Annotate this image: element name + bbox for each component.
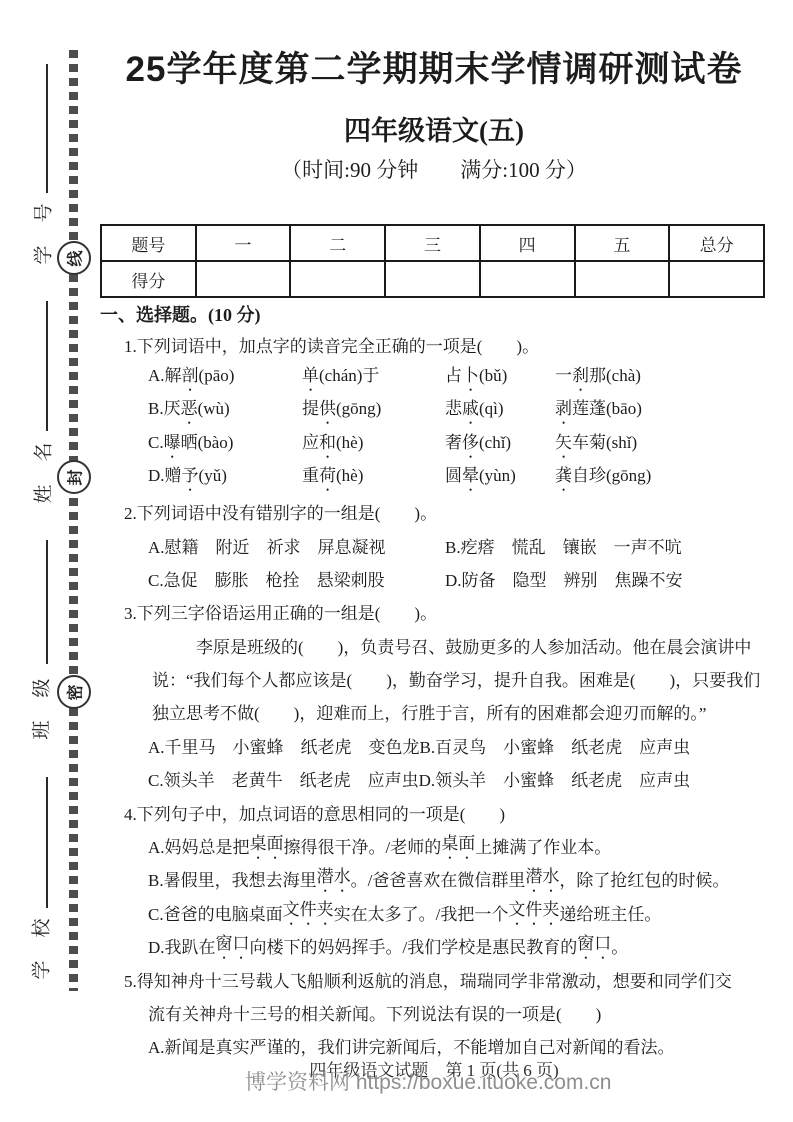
q2-option-b: B.疙瘩 慌乱 镶嵌 一声不吭 xyxy=(445,533,682,558)
q1-a-item: A.解剖(pāo) xyxy=(148,361,302,395)
q1-d-item: 圆晕(yùn) xyxy=(445,461,555,495)
score-header-cell: 一 xyxy=(196,225,291,261)
q4-option-d: D.我趴在窗口向楼下的妈妈挥手。/我们学校是惠民教育的窗口。 xyxy=(100,929,768,962)
score-table: 题号 一 二 三 四 五 总分 得分 xyxy=(100,224,765,298)
score-cell-empty xyxy=(196,261,291,297)
q1-a-item: 一刹那(chà) xyxy=(555,361,641,395)
class-label: 班 级 xyxy=(27,676,54,739)
page-subtitle: 四年级语文(五) xyxy=(100,114,768,148)
q2-options-ab: A.慰籍 附近 祈求 屏息凝视 B.疙瘩 慌乱 镶嵌 一声不吭 xyxy=(100,528,768,561)
q4-option-a: A.妈妈总是把桌面擦得很干净。/老师的桌面上摊满了作业本。 xyxy=(100,829,768,862)
q1-b-item: B.厌恶(wù) xyxy=(148,394,302,428)
q1-b-item: 剥莲蓬(bāo) xyxy=(555,394,642,428)
score-cell-empty xyxy=(290,261,385,297)
student-no-write-line xyxy=(46,64,48,193)
q1-d-item: 龚自珍(gōng) xyxy=(555,461,651,495)
q3-options-cd: C.领头羊 老黄牛 纸老虎 应声虫D.领头羊 小蜜蜂 纸老虎 应声虫 xyxy=(100,762,768,795)
q2-option-c: C.急促 膨胀 枪拴 悬梁刺股 xyxy=(148,566,445,591)
score-table-value-row: 得分 xyxy=(101,261,764,297)
seal-circle-feng: 封 xyxy=(57,460,91,494)
q2-option-d: D.防备 隐型 辨别 焦躁不安 xyxy=(445,566,683,591)
q1-c-item: C.曝晒(bào) xyxy=(148,428,302,462)
exam-info: （时间:90 分钟 满分:100 分） xyxy=(100,157,768,183)
q1-c-item: 应和(hè) xyxy=(302,428,445,462)
q1-option-a: A.解剖(pāo) 单(chán)于 占卜(bǔ) 一刹那(chà) xyxy=(100,361,768,394)
q1-stem: 1.下列词语中，加点字的读音完全正确的一项是( )。 xyxy=(100,328,768,361)
q1-d-item: 重荷(hè) xyxy=(302,461,445,495)
q3-passage-line: 独立思考不做( )，迎难而上，行胜于言，所有的困难都会迎刃而解的。” xyxy=(100,695,768,728)
exam-content: 25学年度第二学期期末学情调研测试卷 四年级语文(五) （时间:90 分钟 满分… xyxy=(100,0,768,1063)
student-no-label: 学 号 xyxy=(29,201,56,264)
q3-stem: 3.下列三字俗语运用正确的一组是( )。 xyxy=(100,595,768,628)
q5-stem-line1: 5.得知神舟十三号载人飞船顺利返航的消息，瑞瑞同学非常激动，想要和同学们交 xyxy=(100,962,768,995)
seal-char-mi: 密 xyxy=(62,684,85,700)
q4-option-c: C.爸爸的电脑桌面文件夹实在太多了。/我把一个文件夹递给班主任。 xyxy=(100,896,768,929)
class-write-line xyxy=(46,540,48,664)
seal-char-feng: 封 xyxy=(62,469,85,485)
score-cell-empty xyxy=(575,261,670,297)
q1-c-item: 矢车菊(shǐ) xyxy=(555,428,637,462)
score-header-cell: 题号 xyxy=(101,225,196,261)
page-title: 25学年度第二学期期末学情调研测试卷 xyxy=(100,50,768,90)
q3-options-ab: A.千里马 小蜜蜂 纸老虎 变色龙B.百灵鸟 小蜜蜂 纸老虎 应声虫 xyxy=(100,729,768,762)
question-lines: 1.下列词语中，加点字的读音完全正确的一项是( )。 A.解剖(pāo) 单(c… xyxy=(100,328,768,1063)
q3-passage-line: 李原是班级的( )，负责号召、鼓励更多的人参加活动。他在晨会演讲中 xyxy=(100,629,768,662)
score-row-label: 得分 xyxy=(101,261,196,297)
q1-option-d: D.赠予(yǔ) 重荷(hè) 圆晕(yùn) 龚自珍(gōng) xyxy=(100,462,768,495)
q5-stem-line2: 流有关神舟十三号的相关新闻。下列说法有误的一项是( ) xyxy=(100,996,768,1029)
q1-a-item: 占卜(bǔ) xyxy=(445,361,555,395)
q1-c-item: 奢侈(chǐ) xyxy=(445,428,555,462)
score-header-cell: 三 xyxy=(385,225,480,261)
q1-d-item: D.赠予(yǔ) xyxy=(148,461,302,495)
seal-circle-xian: 线 xyxy=(57,241,91,275)
score-cell-empty xyxy=(480,261,575,297)
section-1-heading: 一、选择题。(10 分) xyxy=(100,302,768,328)
score-cell-empty xyxy=(385,261,480,297)
q3-passage-line: 说：“我们每个人都应该是( )，勤奋学习，提升自我。困难是( )，只要我们 xyxy=(100,662,768,695)
name-write-line xyxy=(46,301,48,431)
seal-circle-mi: 密 xyxy=(57,675,91,709)
score-header-cell: 五 xyxy=(575,225,670,261)
score-header-cell: 总分 xyxy=(669,225,764,261)
q1-b-item: 提供(gōng) xyxy=(302,394,445,428)
score-header-cell: 四 xyxy=(480,225,575,261)
score-cell-empty xyxy=(669,261,764,297)
name-label: 姓 名 xyxy=(29,440,56,503)
q1-option-c: C.曝晒(bào) 应和(hè) 奢侈(chǐ) 矢车菊(shǐ) xyxy=(100,428,768,461)
q2-option-a: A.慰籍 附近 祈求 屏息凝视 xyxy=(148,533,445,558)
exam-paper-page: 学 号 姓 名 班 级 学 校 线 封 密 25学年度第二学期期末学情调研测试卷… xyxy=(0,0,793,1122)
q2-options-cd: C.急促 膨胀 枪拴 悬梁刺股 D.防备 隐型 辨别 焦躁不安 xyxy=(100,562,768,595)
q2-stem: 2.下列词语中没有错别字的一组是( )。 xyxy=(100,495,768,528)
q1-option-b: B.厌恶(wù) 提供(gōng) 悲戚(qì) 剥莲蓬(bāo) xyxy=(100,395,768,428)
q1-a-item: 单(chán)于 xyxy=(302,361,445,395)
seal-dotted-line xyxy=(69,50,78,991)
q1-b-item: 悲戚(qì) xyxy=(445,394,555,428)
score-header-cell: 二 xyxy=(290,225,385,261)
seal-char-xian: 线 xyxy=(62,250,85,266)
q4-stem: 4.下列句子中，加点词语的意思相同的一项是( ) xyxy=(100,795,768,828)
score-table-header-row: 题号 一 二 三 四 五 总分 xyxy=(101,225,764,261)
q4-option-b: B.暑假里，我想去海里潜水。/爸爸喜欢在微信群里潜水，除了抢红包的时候。 xyxy=(100,862,768,895)
school-label: 学 校 xyxy=(27,916,54,979)
watermark-text: 博学资料网 https://boxue.ituoke.com.cn xyxy=(245,1066,611,1096)
school-write-line xyxy=(46,777,48,908)
